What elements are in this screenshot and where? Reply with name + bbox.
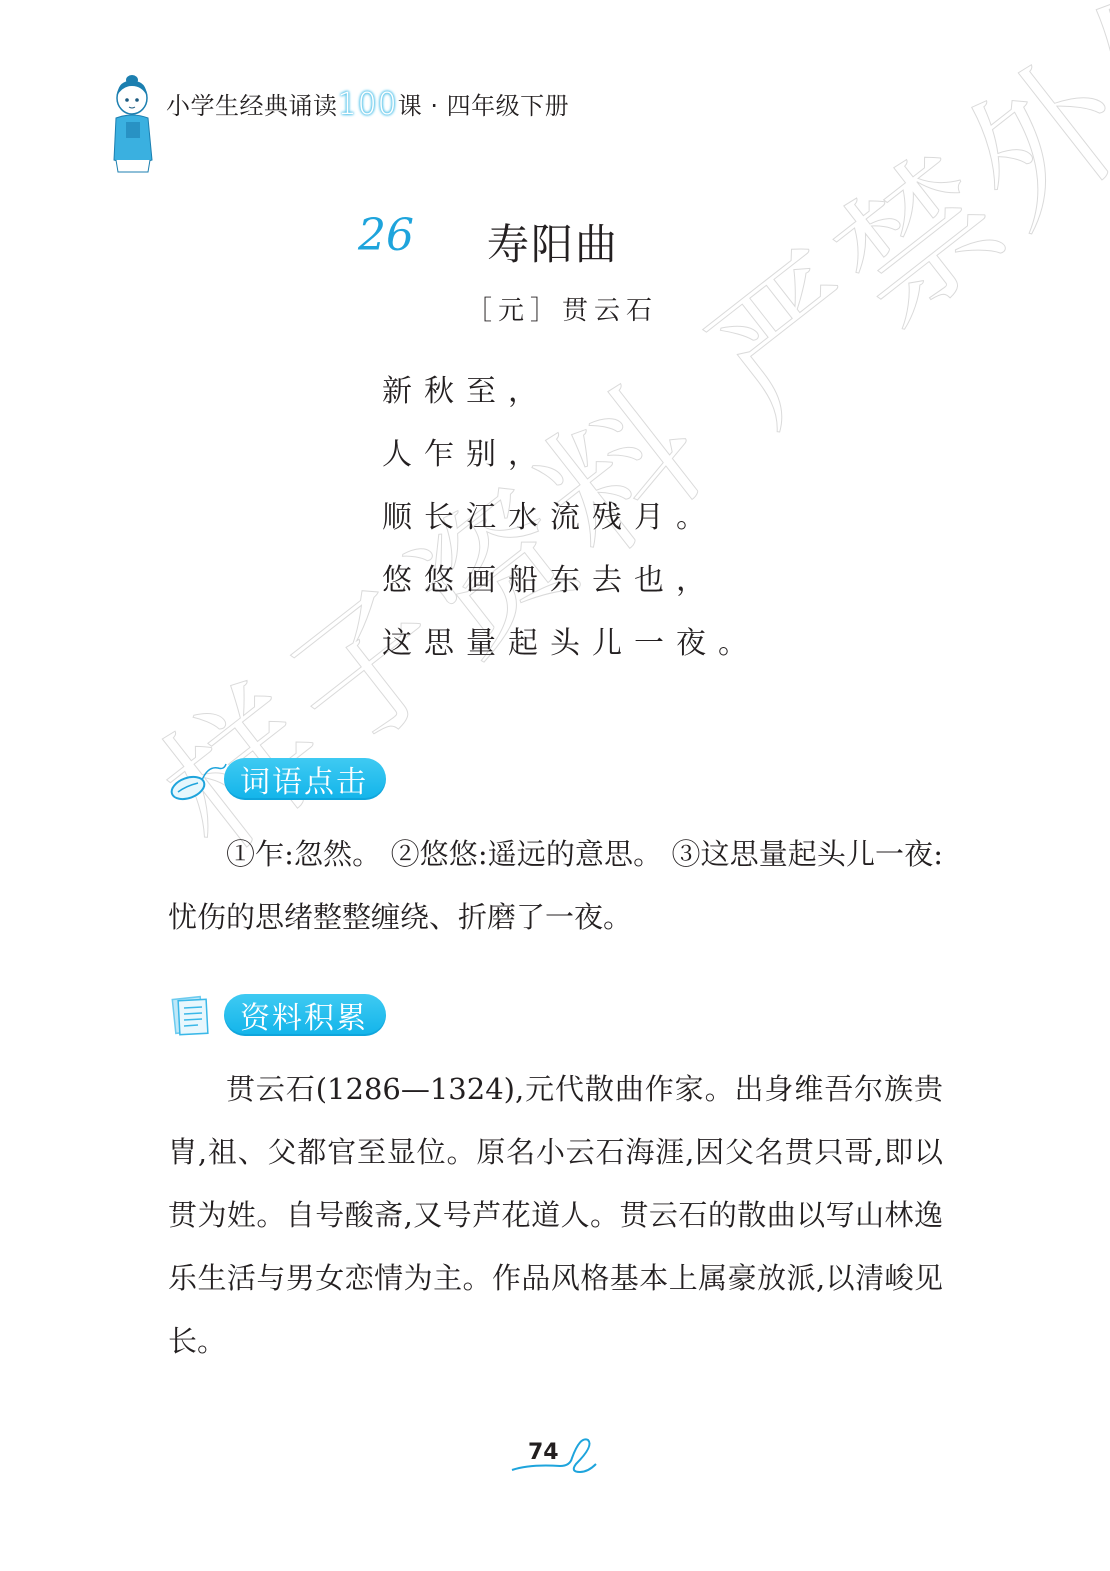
section-head-vocabulary: 词语点击 <box>168 756 386 802</box>
page-number-area: 74 <box>510 1428 610 1488</box>
section-title-background: 资料积累 <box>224 994 386 1036</box>
lesson-title: 寿阳曲 <box>487 212 619 272</box>
section-head-background: 资料积累 <box>168 992 386 1038</box>
book-title-number: 100 <box>338 87 398 122</box>
lesson-author: ［元］贯云石 <box>466 290 658 327</box>
book-header: 小学生经典诵读100课 · 四年级下册 <box>108 72 708 182</box>
poem-line: 人乍别， <box>382 423 760 486</box>
section-title-vocabulary: 词语点击 <box>224 758 386 800</box>
scholar-mascot-icon <box>108 72 168 177</box>
vocabulary-notes: ①乍:忽然。 ②悠悠:遥远的意思。 ③这思量起头儿一夜:忧伤的思绪整整缠绕、折磨… <box>168 823 943 949</box>
book-title: 小学生经典诵读100课 · 四年级下册 <box>166 86 569 122</box>
book-title-suffix: 课 · 四年级下册 <box>398 92 569 120</box>
poem-line: 新秋至， <box>382 360 760 423</box>
page-number: 74 <box>528 1440 559 1465</box>
lesson-number: 26 <box>358 210 414 261</box>
author-background: 贯云石(1286—1324),元代散曲作家。出身维吾尔族贵胄,祖、父都官至显位。… <box>168 1058 943 1373</box>
poem-line: 顺长江水流残月。 <box>382 486 760 549</box>
document-pages-icon <box>168 992 228 1038</box>
poem-line: 悠悠画船东去也， <box>382 549 760 612</box>
computer-mouse-icon <box>168 756 228 802</box>
poem-body: 新秋至， 人乍别， 顺长江水流残月。 悠悠画船东去也， 这思量起头儿一夜。 <box>382 360 760 675</box>
poem-line: 这思量起头儿一夜。 <box>382 612 760 675</box>
page-flourish-icon <box>510 1428 610 1488</box>
book-title-prefix: 小学生经典诵读 <box>166 92 338 120</box>
